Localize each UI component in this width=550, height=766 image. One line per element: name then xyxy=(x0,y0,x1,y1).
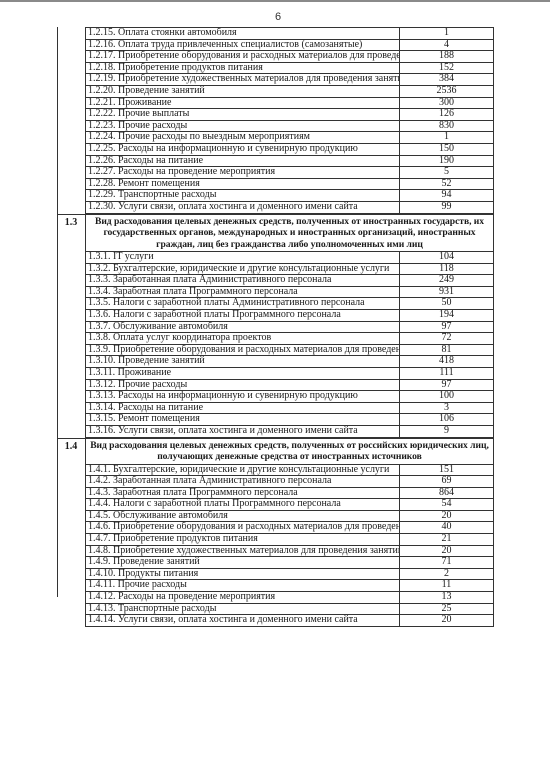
table-row: 1.2.26. Расходы на питание190 xyxy=(86,155,494,167)
section-rows: 1.2.15. Оплата стоянки автомобиля11.2.16… xyxy=(85,27,494,214)
expense-label: 1.3.4. Заработная плата Программного пер… xyxy=(86,286,400,298)
expense-label: 1.2.15. Оплата стоянки автомобиля xyxy=(86,28,400,40)
table-row: 1.4.1. Бухгалтерские, юридические и друг… xyxy=(86,464,494,476)
expense-value: 81 xyxy=(400,344,494,356)
section-number: 1.4 xyxy=(57,438,85,627)
expense-label: 1.2.27. Расходы на проведение мероприяти… xyxy=(86,167,400,179)
expense-label: 1.3.6. Налоги с заработной платы Програм… xyxy=(86,309,400,321)
expense-label: 1.3.11. Проживание xyxy=(86,367,400,379)
expense-label: 1.4.2. Заработанная плата Административн… xyxy=(86,476,400,488)
table-row: 1.2.16. Оплата труда привлеченных специа… xyxy=(86,39,494,51)
expense-value: 94 xyxy=(400,190,494,202)
expense-value: 20 xyxy=(400,510,494,522)
table-row: 1.3.12. Прочие расходы97 xyxy=(86,379,494,391)
table-row: 1.2.20. Проведение занятий2536 xyxy=(86,85,494,97)
section-rows: 1.3.1. IT услуги1041.3.2. Бухгалтерские,… xyxy=(85,251,494,438)
expense-value: 11 xyxy=(400,580,494,592)
expense-label: 1.3.7. Обслуживание автомобиля xyxy=(86,321,400,333)
table-row: 1.4.6. Приобретение оборудования и расхо… xyxy=(86,522,494,534)
table-row: 1.4.10. Продукты питания2 xyxy=(86,568,494,580)
expense-value: 100 xyxy=(400,391,494,403)
expense-label: 1.3.13. Расходы на информационную и суве… xyxy=(86,391,400,403)
expense-value: 20 xyxy=(400,545,494,557)
table-row: 1.4.9. Проведение занятий71 xyxy=(86,557,494,569)
expense-value: 300 xyxy=(400,97,494,109)
expense-value: 5 xyxy=(400,167,494,179)
expense-label: 1.4.10. Продукты питания xyxy=(86,568,400,580)
expense-label: 1.2.26. Расходы на питание xyxy=(86,155,400,167)
table-row: 1.2.23. Прочие расходы830 xyxy=(86,120,494,132)
expense-label: 1.3.1. IT услуги xyxy=(86,252,400,264)
expense-value: 97 xyxy=(400,321,494,333)
expense-label: 1.3.3. Заработанная плата Административн… xyxy=(86,275,400,287)
expense-value: 418 xyxy=(400,356,494,368)
table-row: 1.3.5. Налоги с заработной платы Админис… xyxy=(86,298,494,310)
expense-value: 151 xyxy=(400,464,494,476)
table-row: 1.3.14. Расходы на питание3 xyxy=(86,402,494,414)
expense-label: 1.3.10. Проведение занятий xyxy=(86,356,400,368)
expense-label: 1.4.3. Заработная плата Программного пер… xyxy=(86,487,400,499)
expense-label: 1.4.5. Обслуживание автомобиля xyxy=(86,510,400,522)
table-row: 1.4.2. Заработанная плата Административн… xyxy=(86,476,494,488)
expense-label: 1.2.21. Проживание xyxy=(86,97,400,109)
expense-label: 1.4.13. Транспортные расходы xyxy=(86,603,400,615)
expense-value: 69 xyxy=(400,476,494,488)
expense-value: 190 xyxy=(400,155,494,167)
table-row: 1.3.6. Налоги с заработной платы Програм… xyxy=(86,309,494,321)
table-row: 1.3.15. Ремонт помещения106 xyxy=(86,414,494,426)
expense-value: 106 xyxy=(400,414,494,426)
expense-value: 188 xyxy=(400,51,494,63)
expense-label: 1.3.12. Прочие расходы xyxy=(86,379,400,391)
expense-value: 13 xyxy=(400,592,494,604)
table-row: 1.3.13. Расходы на информационную и суве… xyxy=(86,391,494,403)
expense-label: 1.4.1. Бухгалтерские, юридические и друг… xyxy=(86,464,400,476)
expense-value: 1 xyxy=(400,28,494,40)
expense-value: 864 xyxy=(400,487,494,499)
table-row: 1.2.19. Приобретение художественных мате… xyxy=(86,74,494,86)
expense-label: 1.4.11. Прочие расходы xyxy=(86,580,400,592)
section-heading: Вид расходования целевых денежных средст… xyxy=(85,214,494,252)
section-1-3: 1.3 Вид расходования целевых денежных ср… xyxy=(57,214,494,438)
table-row: 1.4.7. Приобретение продуктов питания21 xyxy=(86,534,494,546)
table-row: 1.2.28. Ремонт помещения52 xyxy=(86,178,494,190)
table-row: 1.4.12. Расходы на проведение мероприяти… xyxy=(86,592,494,604)
expense-value: 194 xyxy=(400,309,494,321)
table-row: 1.3.10. Проведение занятий418 xyxy=(86,356,494,368)
expense-label: 1.3.8. Оплата услуг координатора проекто… xyxy=(86,333,400,345)
table-row: 1.3.1. IT услуги104 xyxy=(86,252,494,264)
expense-value: 9 xyxy=(400,425,494,437)
expense-label: 1.2.19. Приобретение художественных мате… xyxy=(86,74,400,86)
table-row: 1.3.2. Бухгалтерские, юридические и друг… xyxy=(86,263,494,275)
expense-label: 1.3.16. Услуги связи, оплата хостинга и … xyxy=(86,425,400,437)
table-row: 1.4.11. Прочие расходы11 xyxy=(86,580,494,592)
expense-value: 2536 xyxy=(400,85,494,97)
expense-label: 1.2.30. Услуги связи, оплата хостинга и … xyxy=(86,201,400,213)
expense-label: 1.2.17. Приобретение оборудования и расх… xyxy=(86,51,400,63)
expense-label: 1.3.15. Ремонт помещения xyxy=(86,414,400,426)
table-row: 1.2.17. Приобретение оборудования и расх… xyxy=(86,51,494,63)
viewer-top-border xyxy=(0,0,550,2)
expense-value: 52 xyxy=(400,178,494,190)
expense-value: 150 xyxy=(400,143,494,155)
table-row: 1.2.30. Услуги связи, оплата хостинга и … xyxy=(86,201,494,213)
expense-label: 1.3.5. Налоги с заработной платы Админис… xyxy=(86,298,400,310)
table-row: 1.2.24. Прочие расходы по выездным мероп… xyxy=(86,132,494,144)
expense-label: 1.4.7. Приобретение продуктов питания xyxy=(86,534,400,546)
expense-label: 1.2.28. Ремонт помещения xyxy=(86,178,400,190)
expense-value: 830 xyxy=(400,120,494,132)
table-row: 1.2.22. Прочие выплаты126 xyxy=(86,109,494,121)
table-row: 1.2.27. Расходы на проведение мероприяти… xyxy=(86,167,494,179)
table-row: 1.2.29. Транспортные расходы94 xyxy=(86,190,494,202)
expense-value: 1 xyxy=(400,132,494,144)
expense-value: 384 xyxy=(400,74,494,86)
section-1-4: 1.4 Вид расходования целевых денежных ср… xyxy=(57,438,494,627)
expense-label: 1.3.2. Бухгалтерские, юридические и друг… xyxy=(86,263,400,275)
expense-label: 1.4.12. Расходы на проведение мероприяти… xyxy=(86,592,400,604)
expense-label: 1.2.24. Прочие расходы по выездным мероп… xyxy=(86,132,400,144)
expense-label: 1.4.8. Приобретение художественных матер… xyxy=(86,545,400,557)
expense-value: 931 xyxy=(400,286,494,298)
expense-label: 1.2.18. Приобретение продуктов питания xyxy=(86,62,400,74)
section-number xyxy=(57,27,85,214)
table-row: 1.4.4. Налоги с заработной платы Програм… xyxy=(86,499,494,511)
expense-label: 1.2.25. Расходы на информационную и суве… xyxy=(86,143,400,155)
expense-label: 1.4.9. Проведение занятий xyxy=(86,557,400,569)
table-row: 1.3.4. Заработная плата Программного пер… xyxy=(86,286,494,298)
expense-value: 50 xyxy=(400,298,494,310)
section-number: 1.3 xyxy=(57,214,85,438)
expense-label: 1.4.4. Налоги с заработной платы Програм… xyxy=(86,499,400,511)
expense-label: 1.2.22. Прочие выплаты xyxy=(86,109,400,121)
expense-table: 1.2.15. Оплата стоянки автомобиля11.2.16… xyxy=(57,27,494,627)
table-row: 1.4.13. Транспортные расходы25 xyxy=(86,603,494,615)
expense-value: 99 xyxy=(400,201,494,213)
expense-value: 126 xyxy=(400,109,494,121)
expense-value: 54 xyxy=(400,499,494,511)
expense-value: 104 xyxy=(400,252,494,264)
page-number: 6 xyxy=(0,11,550,23)
table-row: 1.2.18. Приобретение продуктов питания15… xyxy=(86,62,494,74)
expense-value: 25 xyxy=(400,603,494,615)
expense-value: 118 xyxy=(400,263,494,275)
expense-label: 1.2.29. Транспортные расходы xyxy=(86,190,400,202)
expense-value: 20 xyxy=(400,615,494,627)
table-row: 1.4.5. Обслуживание автомобиля20 xyxy=(86,510,494,522)
expense-value: 3 xyxy=(400,402,494,414)
table-row: 1.3.3. Заработанная плата Административн… xyxy=(86,275,494,287)
expense-label: 1.2.23. Прочие расходы xyxy=(86,120,400,132)
expense-value: 97 xyxy=(400,379,494,391)
table-row: 1.3.11. Проживание111 xyxy=(86,367,494,379)
expense-value: 152 xyxy=(400,62,494,74)
section-heading: Вид расходования целевых денежных средст… xyxy=(85,438,494,464)
table-row: 1.3.8. Оплата услуг координатора проекто… xyxy=(86,333,494,345)
table-row: 1.4.8. Приобретение художественных матер… xyxy=(86,545,494,557)
section-1-2-continued: 1.2.15. Оплата стоянки автомобиля11.2.16… xyxy=(57,27,494,214)
expense-value: 4 xyxy=(400,39,494,51)
expense-value: 40 xyxy=(400,522,494,534)
table-row: 1.4.3. Заработная плата Программного пер… xyxy=(86,487,494,499)
expense-value: 71 xyxy=(400,557,494,569)
section-rows: 1.4.1. Бухгалтерские, юридические и друг… xyxy=(85,464,494,627)
table-row: 1.2.25. Расходы на информационную и суве… xyxy=(86,143,494,155)
table-row: 1.2.21. Проживание300 xyxy=(86,97,494,109)
expense-value: 249 xyxy=(400,275,494,287)
expense-label: 1.3.9. Приобретение оборудования и расхо… xyxy=(86,344,400,356)
expense-value: 111 xyxy=(400,367,494,379)
table-row: 1.4.14. Услуги связи, оплата хостинга и … xyxy=(86,615,494,627)
expense-label: 1.2.20. Проведение занятий xyxy=(86,85,400,97)
expense-value: 2 xyxy=(400,568,494,580)
expense-label: 1.3.14. Расходы на питание xyxy=(86,402,400,414)
table-row: 1.3.7. Обслуживание автомобиля97 xyxy=(86,321,494,333)
table-row: 1.2.15. Оплата стоянки автомобиля1 xyxy=(86,28,494,40)
expense-label: 1.4.6. Приобретение оборудования и расхо… xyxy=(86,522,400,534)
expense-label: 1.2.16. Оплата труда привлеченных специа… xyxy=(86,39,400,51)
table-row: 1.3.9. Приобретение оборудования и расхо… xyxy=(86,344,494,356)
table-row: 1.3.16. Услуги связи, оплата хостинга и … xyxy=(86,425,494,437)
expense-value: 21 xyxy=(400,534,494,546)
expense-value: 72 xyxy=(400,333,494,345)
expense-label: 1.4.14. Услуги связи, оплата хостинга и … xyxy=(86,615,400,627)
